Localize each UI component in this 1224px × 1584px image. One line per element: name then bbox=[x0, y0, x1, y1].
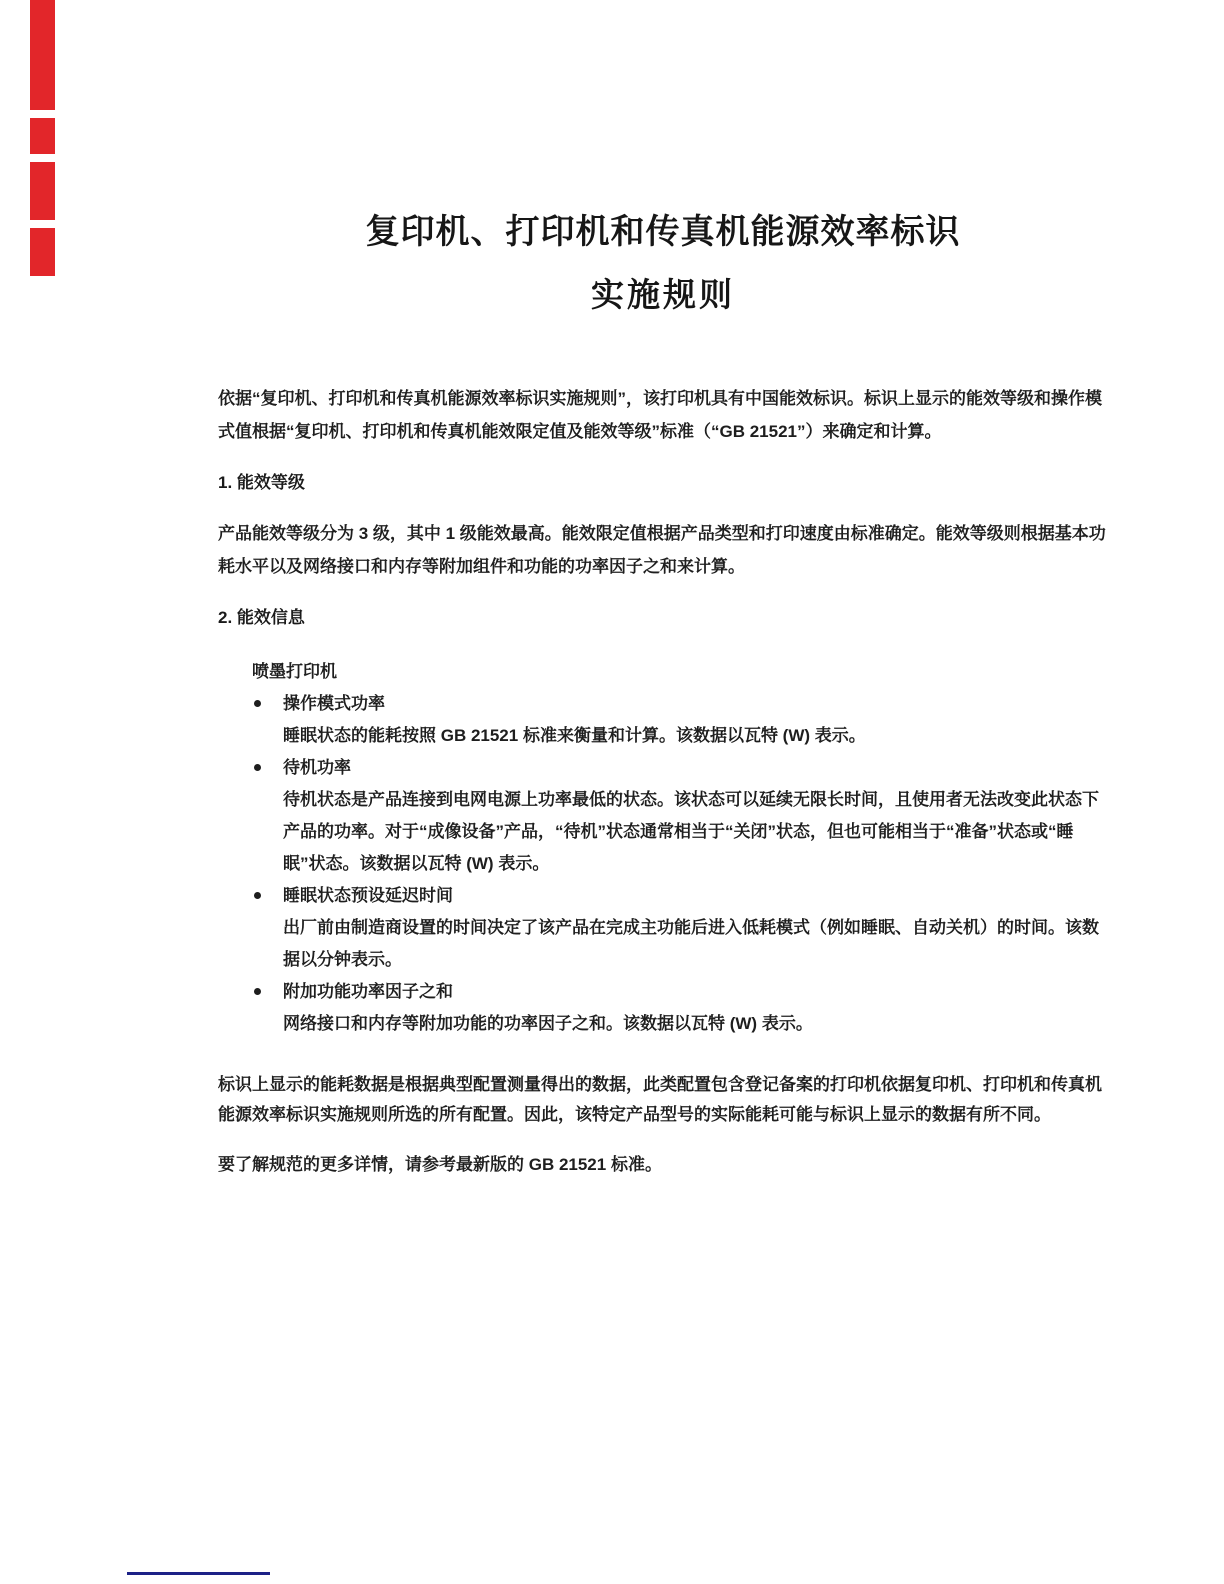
list-item-term: 附加功能功率因子之和 bbox=[283, 976, 1108, 1008]
blue-underline-artifact bbox=[127, 1572, 270, 1575]
red-scan-artifact-segment bbox=[30, 228, 55, 276]
red-scan-artifact bbox=[30, 0, 55, 276]
section-2-heading: 2. 能效信息 bbox=[218, 608, 1108, 628]
list-item-term: 操作模式功率 bbox=[283, 688, 1108, 720]
intro-paragraph: 依据“复印机、打印机和传真机能源效率标识实施规则”，该打印机具有中国能效标识。标… bbox=[218, 382, 1108, 448]
list-item-operating-mode-power: 操作模式功率 睡眠状态的能耗按照 GB 21521 标准来衡量和计算。该数据以瓦… bbox=[252, 688, 1108, 752]
energy-info-list: 操作模式功率 睡眠状态的能耗按照 GB 21521 标准来衡量和计算。该数据以瓦… bbox=[252, 688, 1108, 1040]
list-item-standby-power: 待机功率 待机状态是产品连接到电网电源上功率最低的状态。该状态可以延续无限长时间… bbox=[252, 752, 1108, 880]
section-1-body: 产品能效等级分为 3 级，其中 1 级能效最高。能效限定值根据产品类型和打印速度… bbox=[218, 517, 1108, 583]
footer-note: 要了解规范的更多详情，请参考最新版的 GB 21521 标准。 bbox=[218, 1152, 1108, 1178]
list-item-desc: 睡眠状态的能耗按照 GB 21521 标准来衡量和计算。该数据以瓦特 (W) 表… bbox=[283, 720, 1108, 752]
document-title-line1: 复印机、打印机和传真机能源效率标识 bbox=[218, 212, 1108, 252]
list-item-desc: 网络接口和内存等附加功能的功率因子之和。该数据以瓦特 (W) 表示。 bbox=[283, 1008, 1108, 1040]
bullet-icon bbox=[254, 764, 261, 771]
list-item-sleep-delay-time: 睡眠状态预设延迟时间 出厂前由制造商设置的时间决定了该产品在完成主功能后进入低耗… bbox=[252, 880, 1108, 976]
section-1-heading: 1. 能效等级 bbox=[218, 473, 1108, 493]
bullet-icon bbox=[254, 988, 261, 995]
bullet-icon bbox=[254, 892, 261, 899]
list-item-term: 待机功率 bbox=[283, 752, 1108, 784]
red-scan-artifact-segment bbox=[30, 118, 55, 154]
printer-type-label: 喷墨打印机 bbox=[252, 656, 1108, 688]
red-scan-artifact-segment bbox=[30, 162, 55, 220]
list-item-term: 睡眠状态预设延迟时间 bbox=[283, 880, 1108, 912]
red-scan-artifact-segment bbox=[30, 0, 55, 110]
document-content: 复印机、打印机和传真机能源效率标识 实施规则 依据“复印机、打印机和传真机能源效… bbox=[218, 0, 1108, 1178]
bullet-icon bbox=[254, 700, 261, 707]
document-title-line2: 实施规则 bbox=[218, 276, 1108, 314]
closing-paragraph: 标识上显示的能耗数据是根据典型配置测量得出的数据，此类配置包含登记备案的打印机依… bbox=[218, 1070, 1108, 1130]
list-item-desc: 待机状态是产品连接到电网电源上功率最低的状态。该状态可以延续无限长时间，且使用者… bbox=[283, 784, 1108, 880]
list-item-desc: 出厂前由制造商设置的时间决定了该产品在完成主功能后进入低耗模式（例如睡眠、自动关… bbox=[283, 912, 1108, 976]
list-item-additional-function-power-factors: 附加功能功率因子之和 网络接口和内存等附加功能的功率因子之和。该数据以瓦特 (W… bbox=[252, 976, 1108, 1040]
